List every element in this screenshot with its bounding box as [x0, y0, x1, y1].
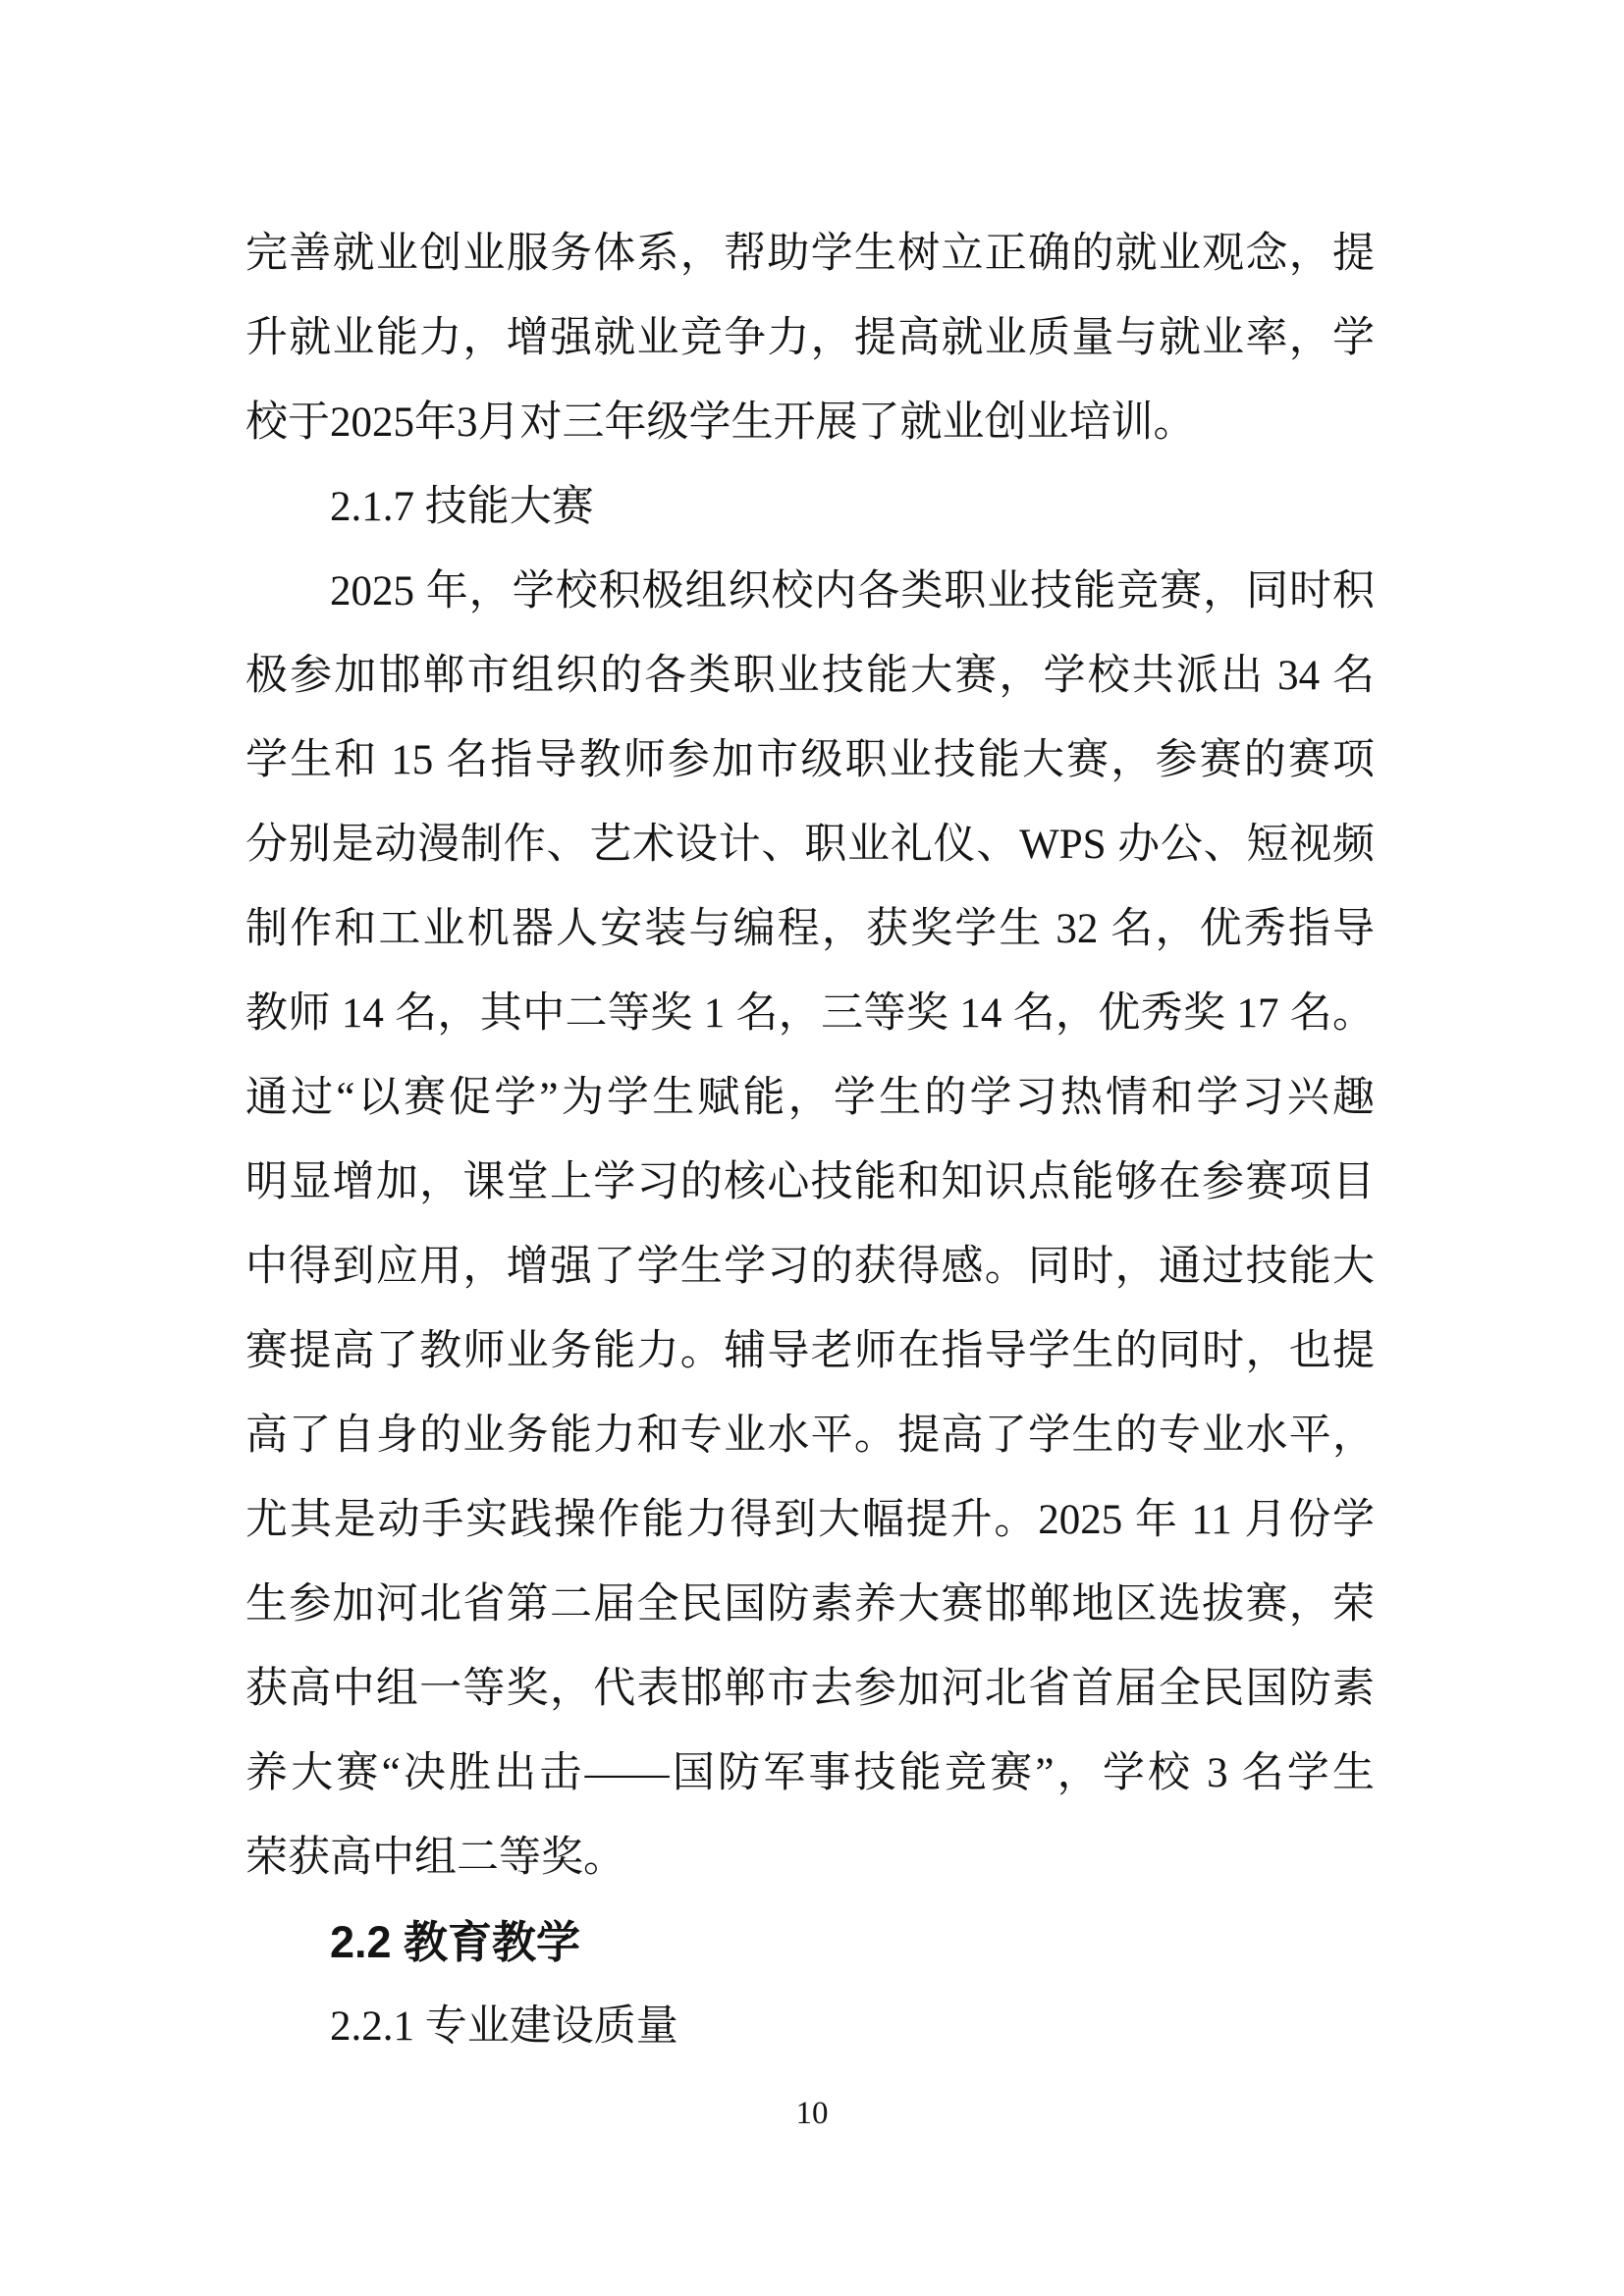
- paragraph-line: 通过“以赛促学”为学生赋能，学生的学习热情和学习兴趣: [245, 1056, 1375, 1141]
- paragraph-line: 2025 年，学校积极组织校内各类职业技能竞赛，同时积: [245, 550, 1375, 634]
- paragraph-line: 荣获高中组二等奖。: [245, 1816, 1375, 1900]
- section-heading-2-1-7: 2.1.7 技能大赛: [245, 465, 1375, 550]
- paragraph-line: 校于2025年3月对三年级学生开展了就业创业培训。: [245, 381, 1375, 465]
- paragraph-line: 获高中组一等奖，代表邯郸市去参加河北省首届全民国防素: [245, 1647, 1375, 1732]
- paragraph-line: 升就业能力，增强就业竞争力，提高就业质量与就业率，学: [245, 296, 1375, 381]
- paragraph-line: 赛提高了教师业务能力。辅导老师在指导学生的同时，也提: [245, 1309, 1375, 1394]
- paragraph-line: 中得到应用，增强了学生学习的获得感。同时，通过技能大: [245, 1225, 1375, 1309]
- paragraph-line: 高了自身的业务能力和专业水平。提高了学生的专业水平，: [245, 1394, 1375, 1478]
- paragraph-line: 学生和 15 名指导教师参加市级职业技能大赛，参赛的赛项: [245, 719, 1375, 803]
- paragraph-line: 教师 14 名，其中二等奖 1 名，三等奖 14 名，优秀奖 17 名。: [245, 972, 1375, 1056]
- page-number: 10: [0, 2094, 1624, 2133]
- document-page: 完善就业创业服务体系，帮助学生树立正确的就业观念，提 升就业能力，增强就业竞争力…: [0, 0, 1624, 2296]
- paragraph-line: 生参加河北省第二届全民国防素养大赛邯郸地区选拔赛，荣: [245, 1563, 1375, 1647]
- section-heading-2-2-1: 2.2.1 专业建设质量: [245, 1985, 1375, 2069]
- document-text-block: 完善就业创业服务体系，帮助学生树立正确的就业观念，提 升就业能力，增强就业竞争力…: [245, 212, 1375, 2069]
- paragraph-line: 完善就业创业服务体系，帮助学生树立正确的就业观念，提: [245, 212, 1375, 296]
- section-heading-2-2: 2.2 教育教学: [245, 1900, 1375, 1985]
- paragraph-line: 分别是动漫制作、艺术设计、职业礼仪、WPS 办公、短视频: [245, 803, 1375, 887]
- paragraph-line: 极参加邯郸市组织的各类职业技能大赛，学校共派出 34 名: [245, 634, 1375, 719]
- paragraph-line: 养大赛“决胜出击——国防军事技能竞赛”，学校 3 名学生: [245, 1732, 1375, 1816]
- paragraph-line: 明显增加，课堂上学习的核心技能和知识点能够在参赛项目: [245, 1141, 1375, 1225]
- paragraph-line: 尤其是动手实践操作能力得到大幅提升。2025 年 11 月份学: [245, 1478, 1375, 1563]
- paragraph-line: 制作和工业机器人安装与编程，获奖学生 32 名，优秀指导: [245, 887, 1375, 972]
